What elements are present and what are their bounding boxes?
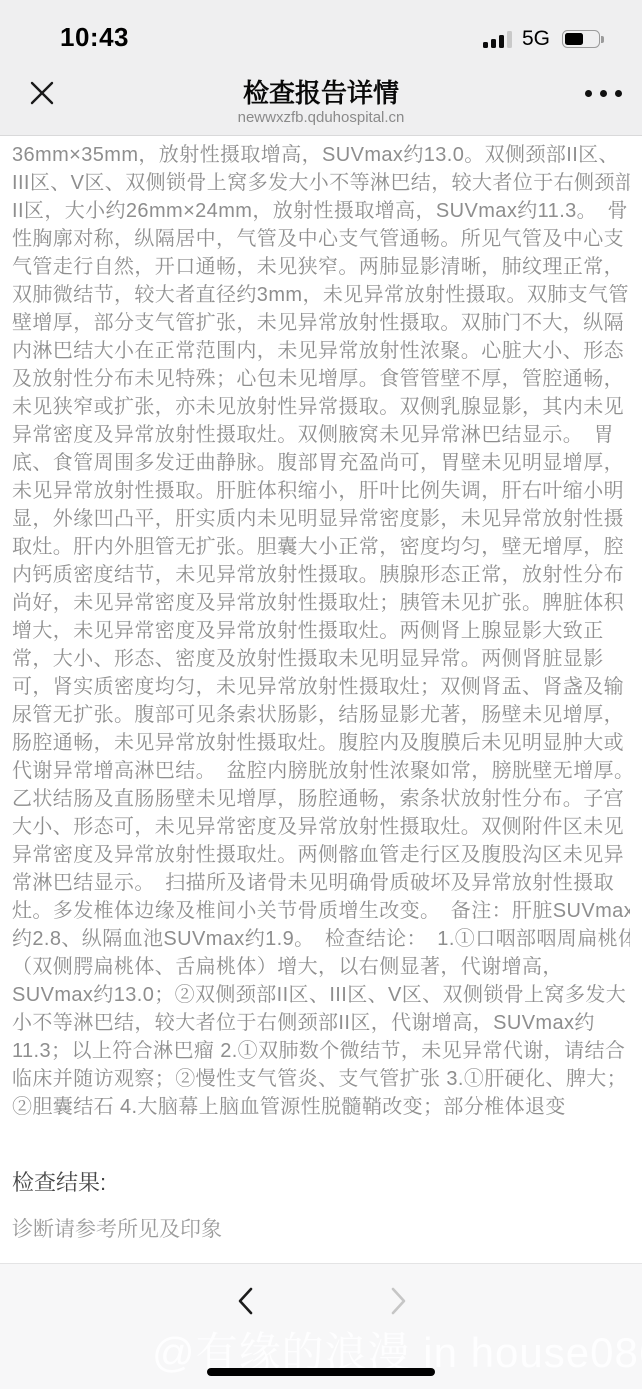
result-section-heading: 检查结果: (12, 1166, 630, 1197)
network-type-label: 5G (522, 27, 550, 51)
chevron-left-icon (234, 1286, 258, 1316)
result-section-body: 诊断请参考所见及印象 (12, 1213, 630, 1243)
more-menu-button[interactable] (578, 77, 628, 109)
ellipsis-menu-icon (585, 90, 592, 97)
ellipsis-menu-icon (615, 90, 622, 97)
report-content-area[interactable]: 36mm×35mm，放射性摄取增高，SUVmax约13.0。双侧颈部II区、 I… (0, 136, 642, 1263)
battery-icon (562, 30, 600, 48)
page-title: 检查报告详情 (0, 73, 642, 110)
clock: 10:43 (60, 22, 129, 53)
home-indicator-bar (207, 1368, 435, 1376)
cellular-signal-icon (483, 31, 512, 48)
ellipsis-menu-icon (600, 90, 607, 97)
forward-button[interactable] (386, 1286, 410, 1316)
report-findings-text: 36mm×35mm，放射性摄取增高，SUVmax约13.0。双侧颈部II区、 I… (12, 141, 630, 1121)
page-url: newwxzfb.qduhospital.cn (0, 109, 642, 126)
status-indicators: 5G (483, 27, 600, 51)
back-button[interactable] (234, 1286, 258, 1316)
status-bar: 10:43 5G (0, 0, 642, 65)
chevron-right-icon (386, 1286, 410, 1316)
navigation-header: 检查报告详情 newwxzfb.qduhospital.cn (0, 65, 642, 136)
